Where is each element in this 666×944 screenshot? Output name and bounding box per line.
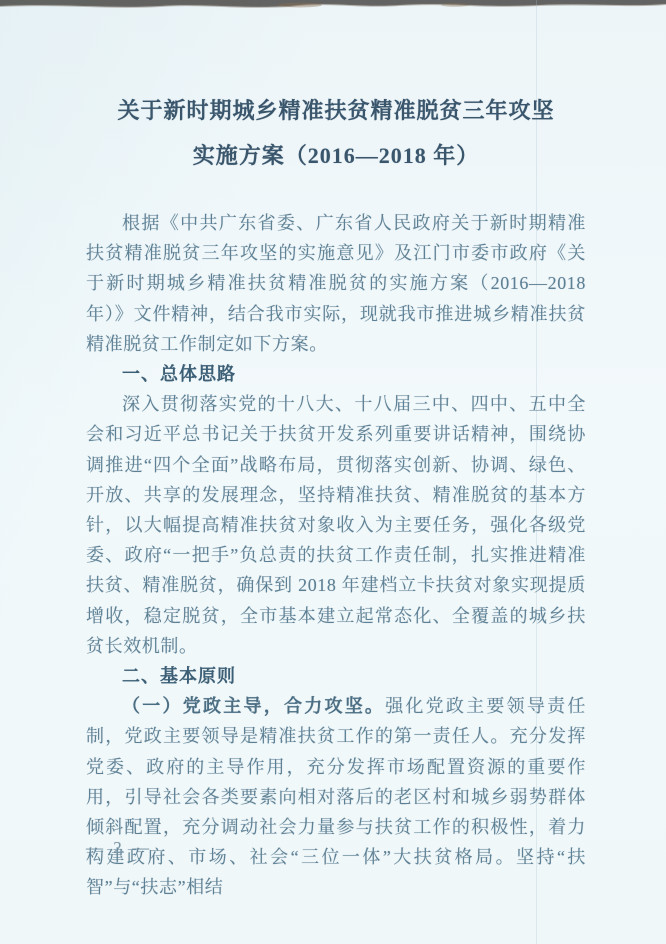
section-heading-basic-principles: 二、基本原则 <box>86 661 586 691</box>
paragraph-overall-approach: 深入贯彻落实党的十八大、十八届三中、四中、五中全会和习近平总书记关于扶贫开发系列… <box>86 389 586 661</box>
paragraph-basic-principles-text: 强化党政主要领导责任制，党政主要领导是精准扶贫工作的第一责任人。充分发挥党委、政… <box>86 696 586 897</box>
paragraph-intro: 根据《中共广东省委、广东省人民政府关于新时期精准扶贫精准脱贫三年攻坚的实施意见》… <box>86 208 586 359</box>
section-heading-overall-approach: 一、总体思路 <box>86 359 586 389</box>
document-title-line-2: 实施方案（2016—2018 年） <box>86 133 586 178</box>
document-title: 关于新时期城乡精准扶贫精准脱贫三年攻坚 实施方案（2016—2018 年） <box>86 88 586 178</box>
paragraph-basic-principles-lead: （一）党政主导，合力攻坚。 <box>122 696 385 716</box>
scan-top-edge <box>0 0 666 16</box>
document-body: 关于新时期城乡精准扶贫精准脱贫三年攻坚 实施方案（2016—2018 年） 根据… <box>86 88 586 903</box>
document-title-line-1: 关于新时期城乡精准扶贫精准脱贫三年攻坚 <box>86 88 586 133</box>
scanned-document-page: 关于新时期城乡精准扶贫精准脱贫三年攻坚 实施方案（2016—2018 年） 根据… <box>0 0 666 944</box>
page-number: — 2 — <box>86 838 152 858</box>
paragraph-basic-principles: （一）党政主导，合力攻坚。强化党政主要领导责任制，党政主要领导是精准扶贫工作的第… <box>86 691 586 902</box>
